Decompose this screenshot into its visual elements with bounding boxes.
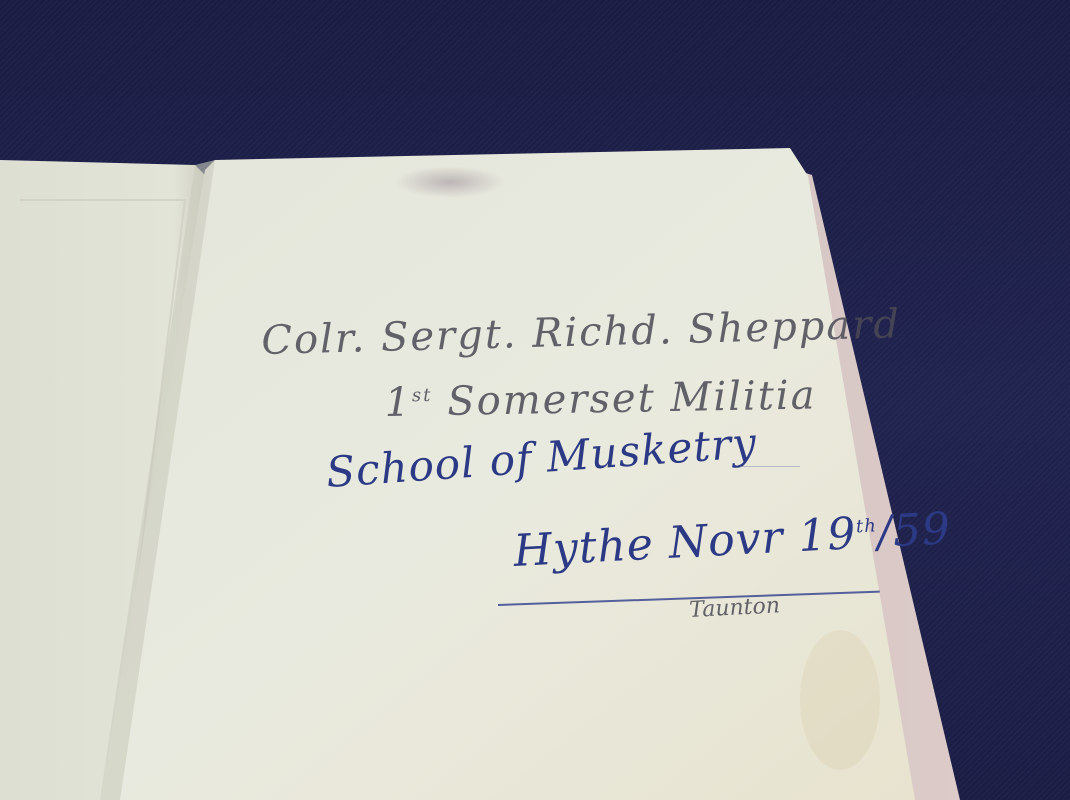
inscription-line-town: Taunton	[689, 593, 781, 623]
date-year: /59	[876, 503, 952, 558]
stain-mark	[395, 166, 505, 198]
regiment-name: Somerset Militia	[447, 372, 817, 424]
ordinal-suffix: st	[412, 385, 433, 406]
date-day: 19	[797, 508, 858, 562]
ordinal-number: 1	[384, 380, 412, 426]
day-suffix: th	[855, 515, 877, 537]
faint-rule	[740, 466, 800, 467]
